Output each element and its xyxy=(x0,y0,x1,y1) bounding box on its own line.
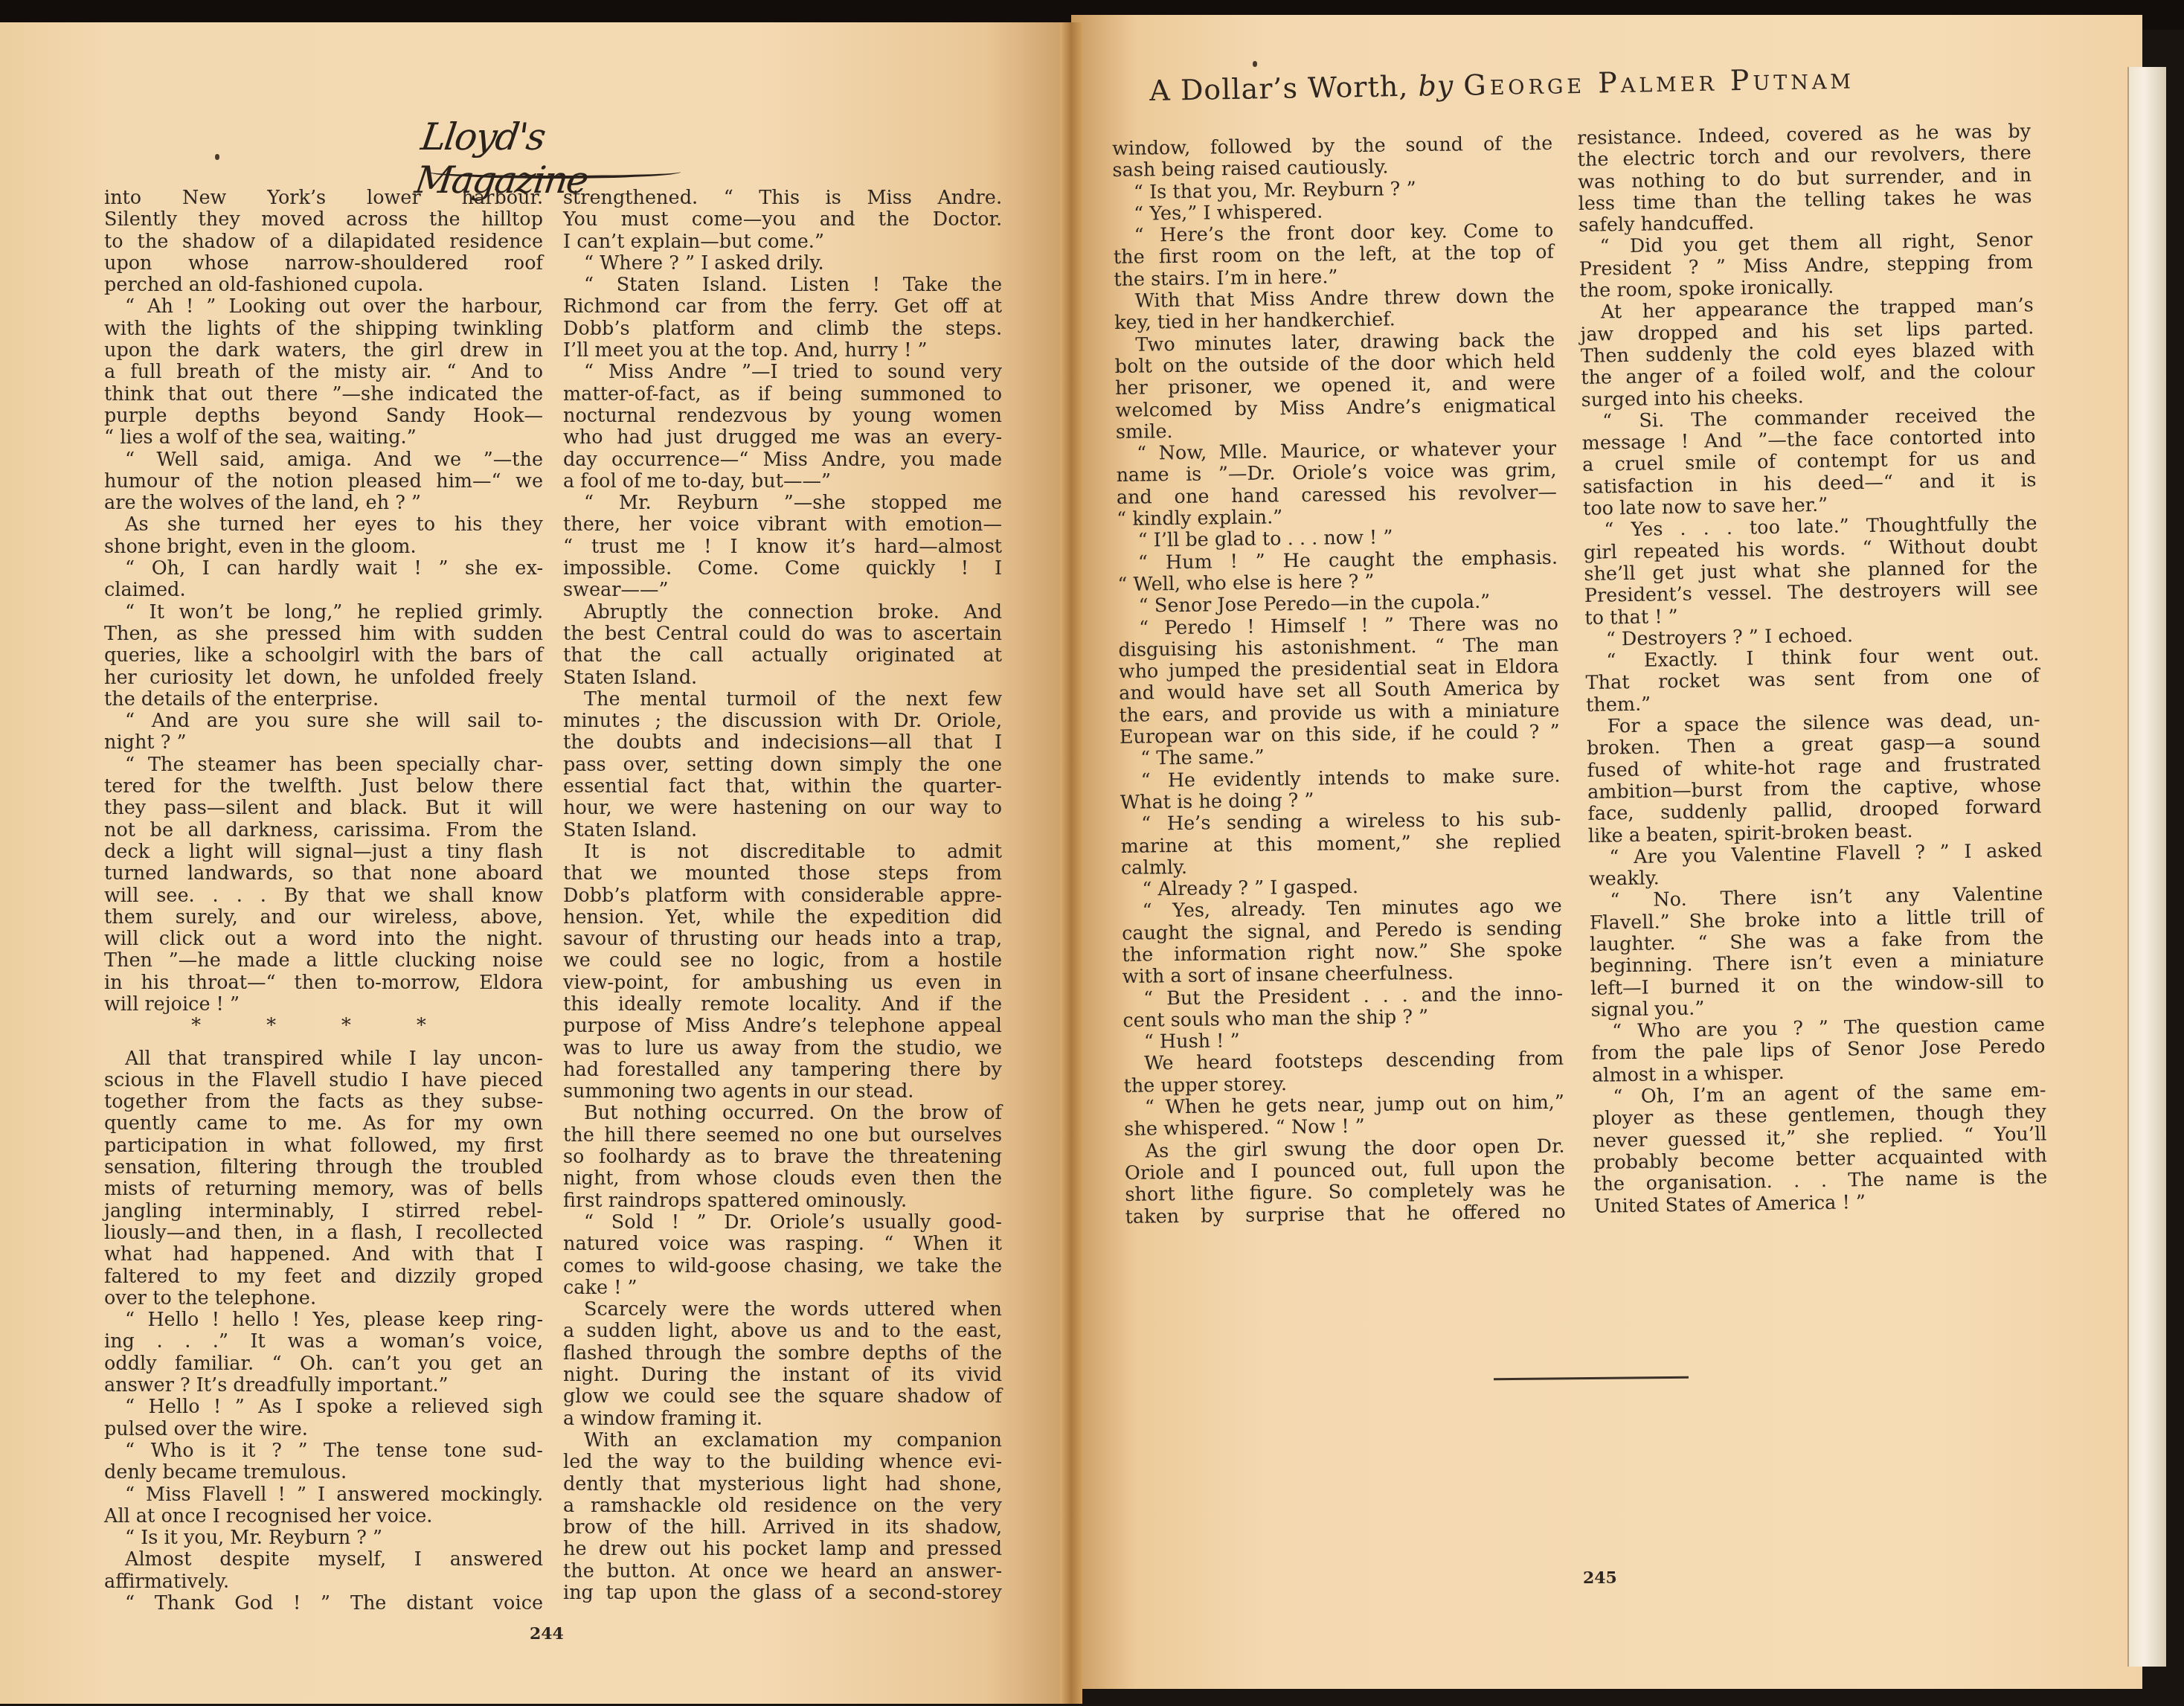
text-line: “ Miss Andre ”—I tried to sound very xyxy=(563,362,1002,383)
text-line: so foolhardy as to brave the threatening xyxy=(563,1147,1002,1168)
text-line: oddly familiar. “ Oh. can’t you get an xyxy=(104,1353,543,1375)
text-line: natured voice was rasping. “ When it xyxy=(563,1234,1002,1255)
text-line: “ Ah ! ” Looking out over the harbour, xyxy=(104,296,543,318)
text-line: matter-of-fact, as if being summoned to xyxy=(563,384,1002,405)
text-line: Dobb’s platform with considerable appre- xyxy=(563,885,1002,907)
text-line: liously—and then, in a flash, I recollec… xyxy=(104,1222,543,1244)
text-line: deck a light will signal—just a tiny fla… xyxy=(104,841,543,863)
text-line: first raindrops spattered ominously. xyxy=(563,1190,1002,1212)
text-line: ing tap upon the glass of a second-store… xyxy=(563,1582,1002,1604)
text-line: “ Well said, amiga. And we ”—the xyxy=(104,449,543,471)
text-line: “ Oh, I can hardly wait ! ” she ex- xyxy=(104,558,543,580)
text-line: he drew out his pocket lamp and pressed xyxy=(563,1539,1002,1560)
text-line: hour, we were hastening on our way to xyxy=(563,798,1002,819)
text-line: As she turned her eyes to his they xyxy=(104,514,543,536)
text-line: upon whose narrow-shouldered roof xyxy=(104,253,543,275)
text-line: impossible. Come. Come quickly ! I xyxy=(563,558,1002,580)
text-line: savour of thrusting our heads into a tra… xyxy=(563,929,1002,950)
text-line: Then ”—he made a little clucking noise xyxy=(104,950,543,972)
text-line: view-point, for ambushing us even in xyxy=(563,972,1002,994)
text-line: “ Staten Island. Listen ! Take the xyxy=(563,275,1002,296)
text-line: minutes ; the discussion with Dr. Oriole… xyxy=(563,711,1002,732)
author-name: George Palmer Putnam xyxy=(1463,62,1854,101)
text-line: jangling interminably, I stirred rebel- xyxy=(104,1201,543,1222)
text-line: pulsed over the wire. xyxy=(104,1419,543,1440)
text-line: glow we could see the square shadow of xyxy=(563,1386,1002,1408)
text-line: shone bright, even in the gloom. xyxy=(104,536,543,558)
byline-by: by xyxy=(1418,69,1454,103)
text-line: think that out there ”—she indicated the xyxy=(104,384,543,405)
text-line: who had just drugged me was an every- xyxy=(563,427,1002,449)
text-line: the details of the enterprise. xyxy=(104,689,543,711)
text-line: we could see no logic, from a hostile xyxy=(563,950,1002,972)
text-line: the doubts and indecisions—all that I xyxy=(563,732,1002,754)
magazine-spread: Lloyd's Magazine into New York’s lower h… xyxy=(0,0,2184,1706)
text-line: Richmond car from the ferry. Get off at xyxy=(563,296,1002,318)
text-line: day occurrence—“ Miss Andre, you made xyxy=(563,449,1002,471)
text-line: swear——” xyxy=(563,580,1002,601)
text-line: denly became tremulous. xyxy=(104,1462,543,1484)
text-line: “ Where ? ” I asked drily. xyxy=(563,253,1002,275)
text-line: strengthened. “ This is Miss Andre. xyxy=(563,187,1002,209)
text-line: night, from whose clouds even then the xyxy=(563,1168,1002,1190)
text-line: queries, like a schoolgirl with the bars… xyxy=(104,645,543,667)
text-line: will click out a word into the night. xyxy=(104,929,543,950)
text-line: a fool of me to-day, but——” xyxy=(563,471,1002,493)
story-title: A Dollar’s Worth, xyxy=(1149,70,1409,107)
text-line: flashed through the sombre depths of the xyxy=(563,1343,1002,1365)
text-line xyxy=(104,1038,543,1048)
text-line: into New York’s lower harbour. xyxy=(104,187,543,209)
text-line: claimed. xyxy=(104,580,543,601)
text-line: upon the dark waters, the girl drew in xyxy=(104,340,543,362)
text-line: mists of returning memory, was of bells xyxy=(104,1179,543,1200)
text-line: that we mounted those steps from xyxy=(563,863,1002,885)
text-line: “ Is it you, Mr. Reyburn ? ” xyxy=(104,1527,543,1549)
text-line: this ideally remote locality. And if the xyxy=(563,994,1002,1016)
text-line: * * * * xyxy=(104,1016,543,1037)
text-line: Staten Island. xyxy=(563,667,1002,689)
text-line: will rejoice ! ” xyxy=(104,994,543,1016)
text-line: With an exclamation my companion xyxy=(563,1430,1002,1452)
text-line: “ Hello ! hello ! Yes, please keep ring- xyxy=(104,1309,543,1331)
text-line: was to lure us away from the studio, we xyxy=(563,1038,1002,1059)
text-line: “ Hello ! ” As I spoke a relieved sigh xyxy=(104,1396,543,1418)
text-line: It is not discreditable to admit xyxy=(563,841,1002,863)
text-line: “ Mr. Reyburn ”—she stopped me xyxy=(563,493,1002,514)
text-line: quently came to me. As for my own xyxy=(104,1113,543,1135)
page-stack-edge xyxy=(2127,67,2166,1667)
left-page-column-2: strengthened. “ This is Miss Andre.You m… xyxy=(563,187,1002,1604)
text-line: But nothing occurred. On the brow of xyxy=(563,1103,1002,1124)
masthead-swash xyxy=(428,165,681,179)
text-line: tered for the twelfth. Just below there xyxy=(104,776,543,798)
text-line: “ Sold ! ” Dr. Oriole’s usually good- xyxy=(563,1212,1002,1234)
text-line: night. During the instant of its vivid xyxy=(563,1365,1002,1386)
text-line: pass over, setting down simply the one xyxy=(563,754,1002,776)
text-line: perched an old-fashioned cupola. xyxy=(104,275,543,296)
text-line: comes to wild-goose chasing, we take the xyxy=(563,1256,1002,1277)
text-line: a window framing it. xyxy=(563,1408,1002,1430)
left-page-column-1: into New York’s lower harbour.Silently t… xyxy=(104,187,543,1614)
ink-speck xyxy=(1253,61,1257,67)
text-line: together from the facts as they subse- xyxy=(104,1091,543,1113)
text-line: affirmatively. xyxy=(104,1571,543,1593)
text-line: essential fact that, within the quarter- xyxy=(563,776,1002,798)
text-line: the best Central could do was to ascerta… xyxy=(563,623,1002,645)
ink-speck xyxy=(215,154,219,160)
text-line: You must come—you and the Doctor. xyxy=(563,209,1002,231)
text-line: the button. At once we heard an answer- xyxy=(563,1561,1002,1582)
text-line: are the wolves of the land, eh ? ” xyxy=(104,493,543,514)
text-line: The mental turmoil of the next few xyxy=(563,689,1002,711)
text-line: summoning two agents in our stead. xyxy=(563,1081,1002,1103)
text-line: them surely, and our wireless, above, xyxy=(104,907,543,929)
text-line: not be all darkness, carissima. From the xyxy=(104,820,543,841)
text-line: there, her voice vibrant with emotion— xyxy=(563,514,1002,536)
text-line: sensation, filtering through the trouble… xyxy=(104,1157,543,1179)
text-line: “ Miss Flavell ! ” I answered mockingly. xyxy=(104,1484,543,1506)
text-line: ing . . .” It was a woman’s voice, xyxy=(104,1331,543,1353)
text-line: Silently they moved across the hilltop xyxy=(104,209,543,231)
text-line: Staten Island. xyxy=(563,820,1002,841)
text-line: “ It won’t be long,” he replied grimly. xyxy=(104,602,543,623)
text-line: All that transpired while I lay uncon- xyxy=(104,1048,543,1070)
right-page-column-2: resistance. Indeed, covered as he was by… xyxy=(1577,121,2048,1217)
text-line: that the call actually originated at xyxy=(563,645,1002,667)
text-line: Then, as she pressed him with sudden xyxy=(104,623,543,645)
page-number-right: 245 xyxy=(1583,1568,1617,1588)
text-line: Almost despite myself, I answered xyxy=(104,1549,543,1571)
text-line: to the shadow of a dilapidated residence xyxy=(104,231,543,253)
text-line: what had happened. And with that I xyxy=(104,1244,543,1266)
text-line: faltered to my feet and dizzily groped xyxy=(104,1266,543,1288)
right-page-column-1: window, followed by the sound of thesash… xyxy=(1112,133,1566,1228)
text-line: Scarcely were the words uttered when xyxy=(563,1299,1002,1321)
text-line: humour of the notion pleased him—“ we xyxy=(104,471,543,493)
text-line: I can’t explain—but come.” xyxy=(563,231,1002,253)
text-line: I’ll meet you at the top. And, hurry ! ” xyxy=(563,340,1002,362)
text-line: they pass—silent and black. But it will xyxy=(104,798,543,819)
text-line: night ? ” xyxy=(104,732,543,754)
text-line: led the way to the building whence evi- xyxy=(563,1452,1002,1473)
text-line: “ And are you sure she will sail to- xyxy=(104,711,543,732)
text-line: dently that mysterious light had shone, xyxy=(563,1474,1002,1495)
text-line: a sudden light, above us and to the east… xyxy=(563,1321,1002,1342)
text-line: “ Who is it ? ” The tense tone sud- xyxy=(104,1440,543,1462)
text-line: in his throat—“ then to-morrow, Eldora xyxy=(104,972,543,994)
text-line: a ramshackle old residence on the very xyxy=(563,1495,1002,1517)
text-line: purple depths beyond Sandy Hook— xyxy=(104,405,543,427)
text-line: the hill there seemed no one but ourselv… xyxy=(563,1125,1002,1147)
text-line: hension. Yet, while the expedition did xyxy=(563,907,1002,929)
text-line: All at once I recognised her voice. xyxy=(104,1506,543,1527)
text-line: Dobb’s platform and climb the steps. xyxy=(563,318,1002,340)
text-line: purpose of Miss Andre’s telephone appeal xyxy=(563,1016,1002,1037)
text-line: scious in the Flavell studio I have piec… xyxy=(104,1070,543,1091)
text-line: a full breath of the misty air. “ And to xyxy=(104,362,543,383)
text-line: with the lights of the shipping twinklin… xyxy=(104,318,543,340)
text-line: will see. . . . By that we shall know xyxy=(104,885,543,907)
binding-gutter xyxy=(1060,22,1082,1704)
text-line: participation in what followed, my first xyxy=(104,1135,543,1157)
page-number-left: 244 xyxy=(530,1624,564,1644)
text-line: “ The steamer has been specially char- xyxy=(104,754,543,776)
text-line: brow of the hill. Arrived in its shadow, xyxy=(563,1517,1002,1539)
text-line: Abruptly the connection broke. And xyxy=(563,602,1002,623)
text-line: nocturnal rendezvous by young women xyxy=(563,405,1002,427)
text-line: turned landwards, so that none aboard xyxy=(104,863,543,885)
text-line: had forestalled any tampering there by xyxy=(563,1059,1002,1081)
text-line: answer ? It’s dreadfully important.” xyxy=(104,1375,543,1396)
text-line: over to the telephone. xyxy=(104,1288,543,1309)
text-line: cake ! ” xyxy=(563,1277,1002,1299)
text-line: her curiosity let down, he unfolded free… xyxy=(104,667,543,689)
text-line: “ lies a wolf of the sea, waiting.” xyxy=(104,427,543,449)
text-line: “ Thank God ! ” The distant voice xyxy=(104,1593,543,1614)
text-line: “ trust me ! I know it’s hard—almost xyxy=(563,536,1002,558)
